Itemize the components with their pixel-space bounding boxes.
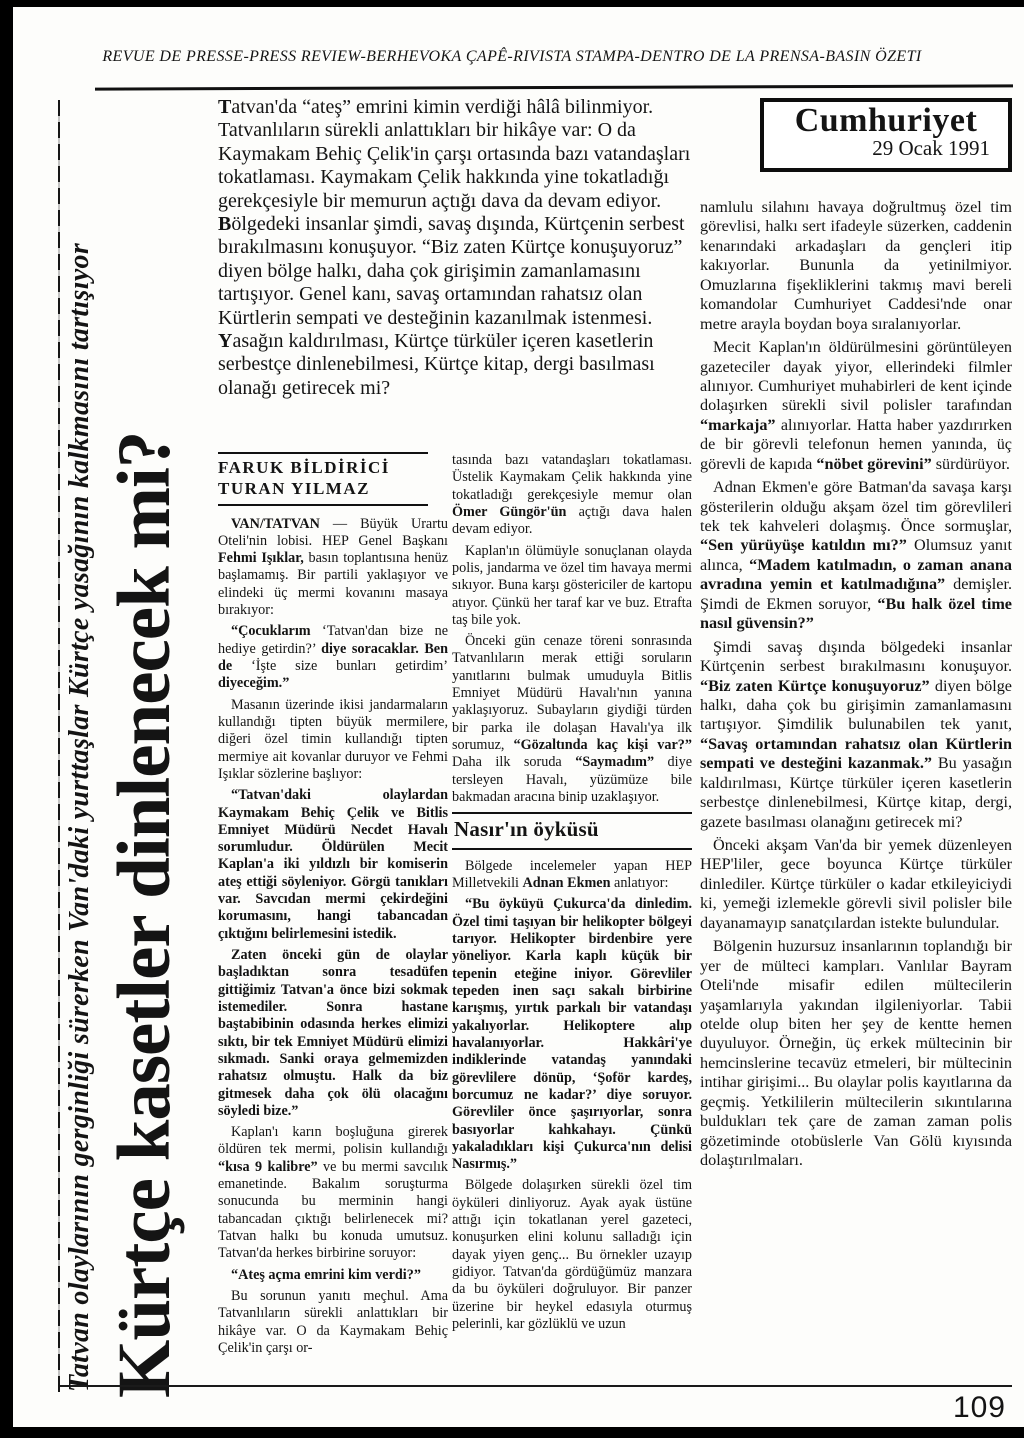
- issue-date: 29 Ocak 1991: [764, 136, 1008, 161]
- article-paragraph: “Çocuklarım ‘Tatvan'dan bize ne hediye g…: [218, 623, 448, 692]
- article-paragraph: Mecit Kaplan'ın öldürülmesini görüntüley…: [700, 338, 1012, 474]
- intro-paragraph: Yasağın kaldırılması, Kürtçe türküler iç…: [218, 330, 692, 400]
- article-paragraph: Önceki gün cenaze töreni sonrasında Tatv…: [452, 633, 692, 806]
- article-paragraph: Zaten önceki gün de olaylar başladıktan …: [218, 947, 448, 1120]
- headline-kicker: Tatvan olaylarının gerginliği sürerken V…: [64, 100, 96, 1392]
- article-paragraph: Bölgede dolaşırken sürekli özel tim öykü…: [452, 1177, 692, 1333]
- article-paragraph: “Bu öyküyü Çukurca'da dinledim. Özel tim…: [452, 896, 692, 1173]
- intro-paragraph: Bölgedeki insanlar şimdi, savaş dışında,…: [218, 213, 692, 330]
- article-column-3: namlulu silahını havaya doğrultmuş özel …: [700, 198, 1012, 1390]
- article-paragraph: Adnan Ekmen'e göre Batman'da savaşa karş…: [700, 478, 1012, 634]
- article-column-1: FARUK BİLDİRİCİ TURAN YILMAZ VAN/TATVAN …: [218, 452, 448, 1392]
- newspaper-masthead: Cumhuriyet 29 Ocak 1991: [760, 98, 1012, 172]
- article-paragraph: tasında bazı vatandaşları tokatlaması. Ü…: [452, 452, 692, 539]
- section-header: Nasır'ın öyküsü: [452, 812, 692, 850]
- article-paragraph: Kaplan'ın ölümüyle sonuçlanan olayda pol…: [452, 543, 692, 630]
- byline: FARUK BİLDİRİCİ TURAN YILMAZ: [218, 452, 428, 506]
- page-number: 109: [953, 1391, 1006, 1425]
- kicker-rule: [58, 100, 60, 1392]
- author-name: FARUK BİLDİRİCİ: [218, 457, 428, 478]
- article-paragraph: Bölgede incelemeler yapan HEP Milletveki…: [452, 858, 692, 893]
- article-paragraph: Bu sorunun yanıtı meçhul. Ama Tatvanlıla…: [218, 1288, 448, 1357]
- banner-rule: [95, 84, 1013, 90]
- newspaper-name: Cumhuriyet: [764, 103, 1008, 139]
- press-review-banner: REVUE DE PRESSE-PRESS REVIEW-BERHEVOKA Ç…: [40, 48, 984, 66]
- article-paragraph: Masanın üzerinde ikisi jandarmaların kul…: [218, 697, 448, 784]
- intro-paragraph: Tatvan'da “ateş” emrini kimin verdiği hâ…: [218, 96, 692, 213]
- scan-border-top: [0, 0, 1024, 7]
- scan-border-left: [0, 0, 13, 1438]
- scan-border-bottom: [0, 1427, 1024, 1438]
- article-paragraph: Bölgenin huzursuz insanlarının toplandığ…: [700, 937, 1012, 1170]
- article-paragraph: “Ateş açma emrini kim verdi?”: [218, 1267, 448, 1284]
- article-paragraph: Önceki akşam Van'da bir yemek düzenleyen…: [700, 836, 1012, 933]
- press-review-page: REVUE DE PRESSE-PRESS REVIEW-BERHEVOKA Ç…: [0, 0, 1024, 1438]
- article-column-2: tasında bazı vatandaşları tokatlaması. Ü…: [452, 452, 692, 1392]
- article-paragraph: “Tatvan'daki olaylardan Kaymakam Behiç Ç…: [218, 787, 448, 943]
- author-name: TURAN YILMAZ: [218, 478, 428, 499]
- article-paragraph: Kaplan'ı karın boşluğuna girerek öldüren…: [218, 1124, 448, 1263]
- article-intro: Tatvan'da “ateş” emrini kimin verdiği hâ…: [218, 96, 692, 460]
- headline-title: Kürtçe kasetler dinlenecek mi?: [102, 298, 188, 1398]
- article-paragraph: Şimdi savaş dışında bölgedeki insanlar K…: [700, 638, 1012, 832]
- footer-rule: [60, 1385, 1012, 1387]
- article-paragraph: VAN/TATVAN — Büyük Urartu Oteli'nin lobi…: [218, 516, 448, 620]
- article-paragraph: namlulu silahını havaya doğrultmuş özel …: [700, 198, 1012, 334]
